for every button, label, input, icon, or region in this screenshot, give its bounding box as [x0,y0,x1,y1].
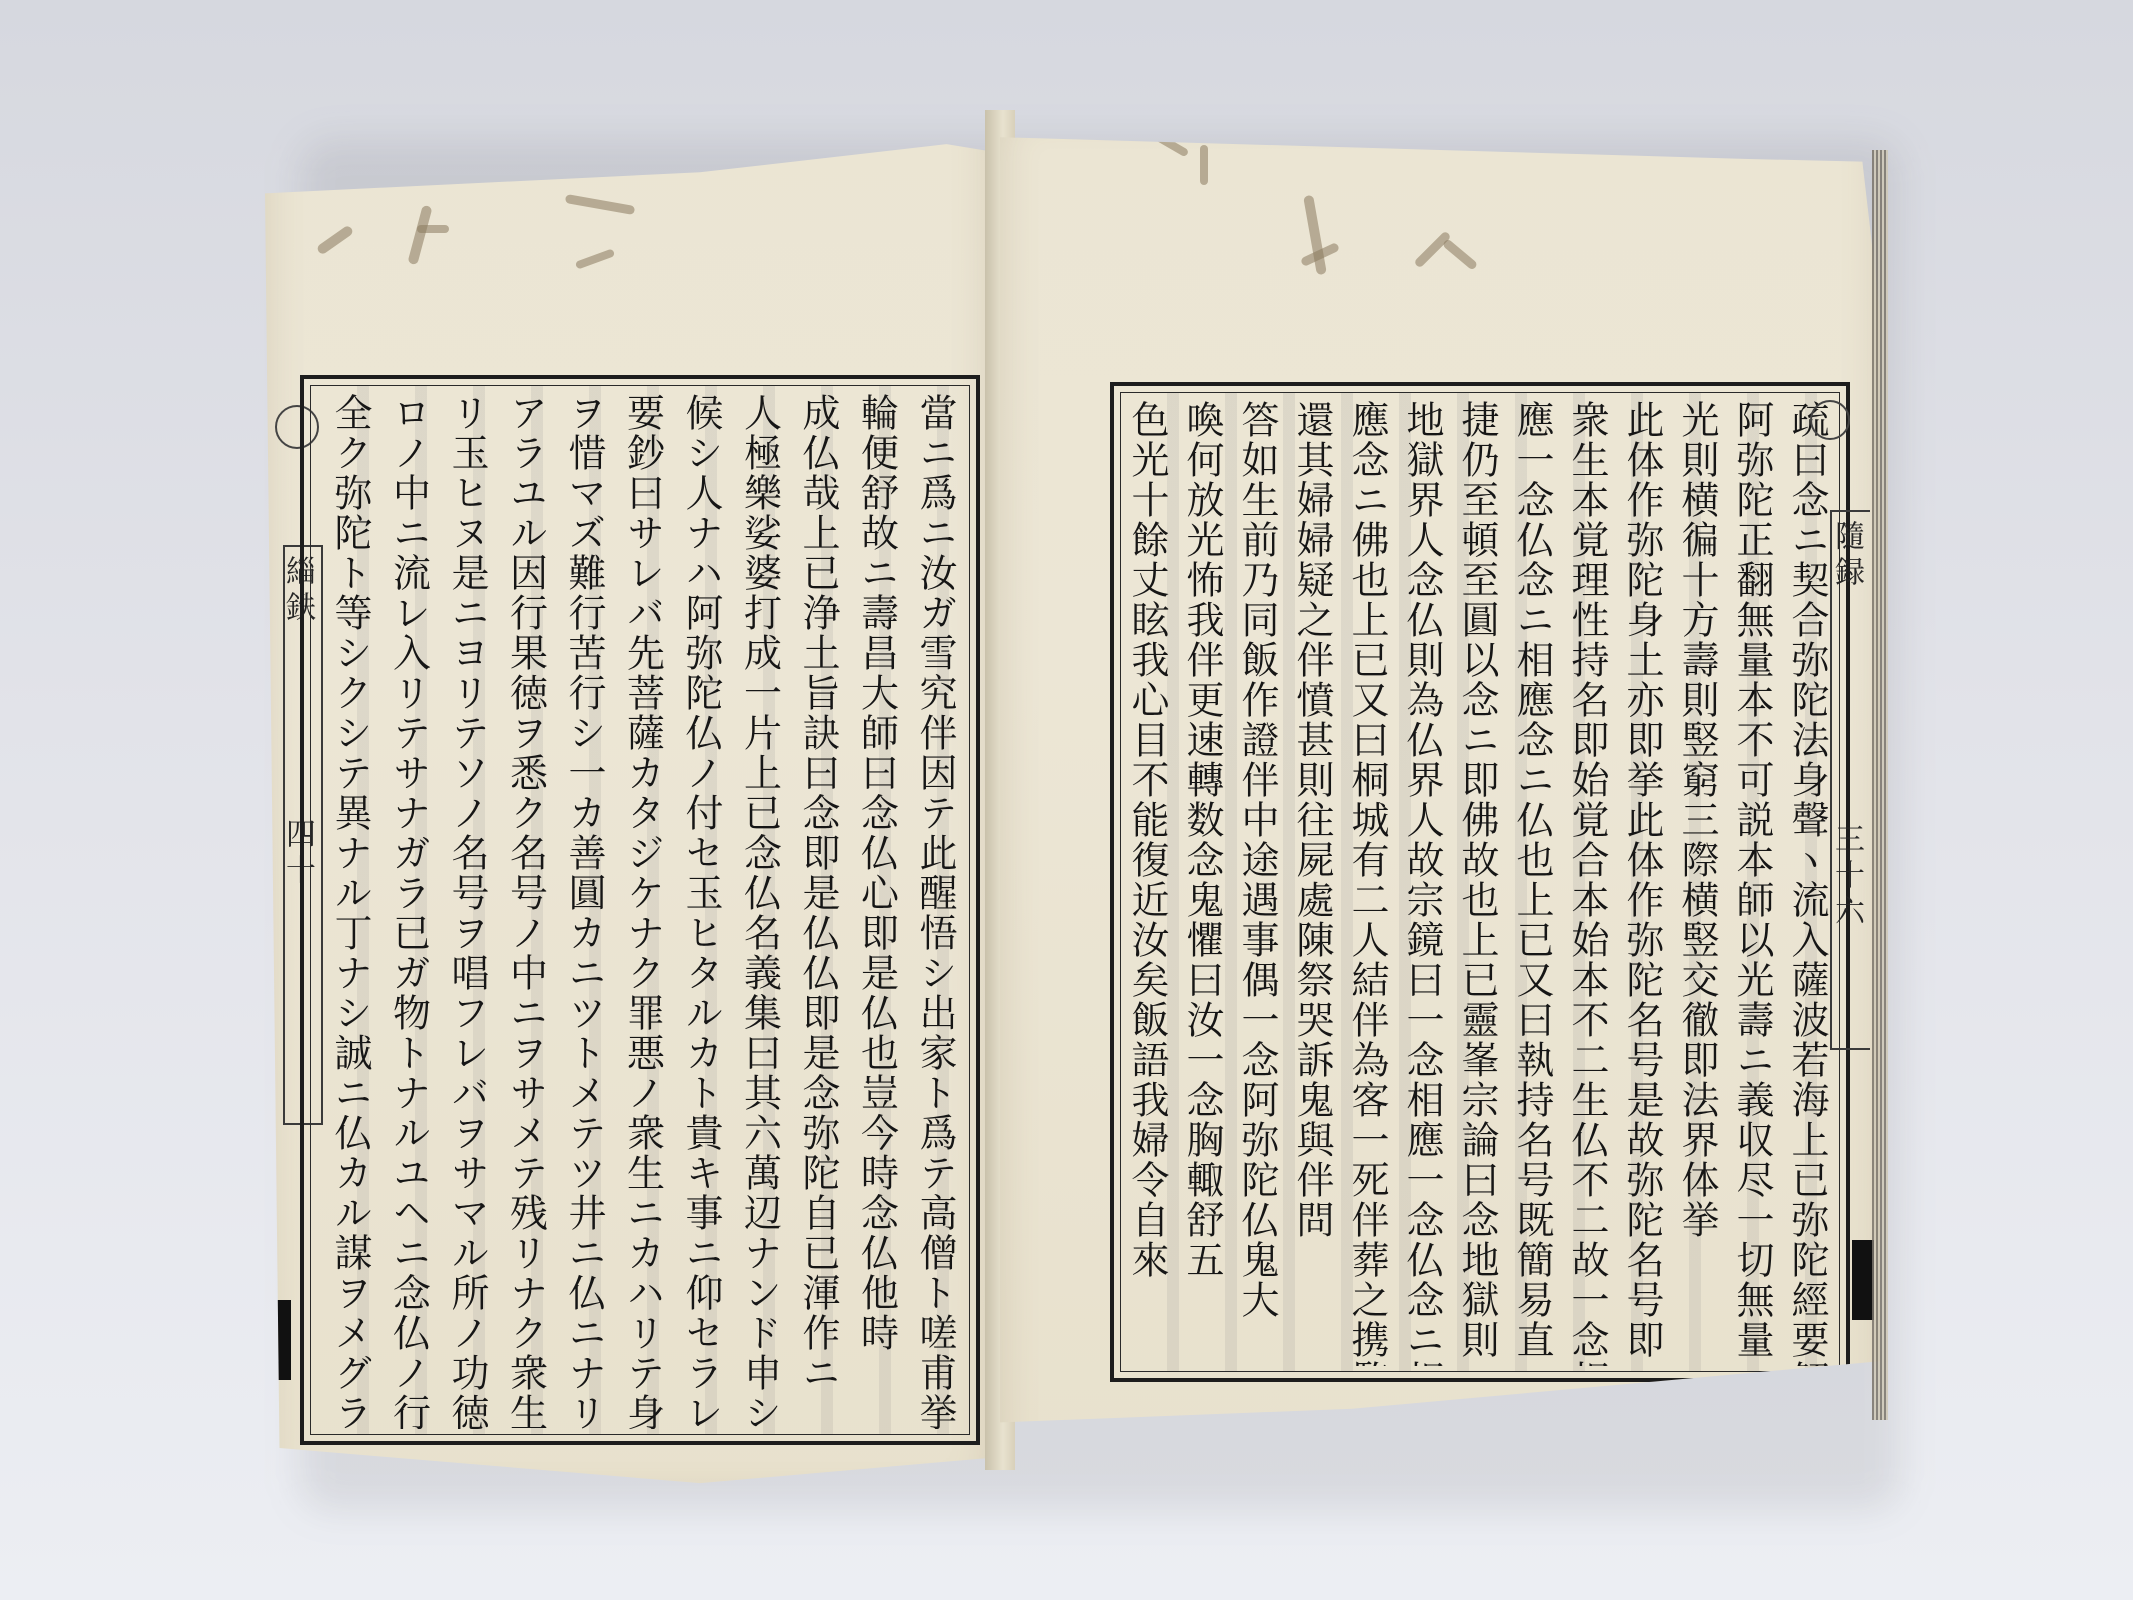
wormhole-damage [1200,145,1208,185]
left-page: 緇鉄 四十 當ニ爲ニ汝ガ雪究伴因テ此醒悟シ出家ト爲テ高僧ト嗟甫挙ニ一念光 輪便舒… [265,95,990,1500]
wormhole-damage [316,224,355,255]
text-column: 候シ人ナハ阿弥陀仏ノ付セ玉ヒタルカト貴キ事ニ仰セラレ候上已西 [672,393,731,1429]
text-column: 喚何放光怖我伴更速轉数念鬼懼曰汝一念胸輙舒五 [1174,400,1229,1366]
text-column: 捷仍至頓至圓以念ニ即佛故也上已靈峯宗論曰念地獄則 [1449,400,1504,1366]
binding-hole [1810,400,1850,440]
text-column: 衆生本覚理性持名即始覚合本始本不二生仏不二故一念相 [1559,400,1614,1366]
right-page: 疏曰念ニ契合弥陀法身聲ヽ流入薩波若海上已弥陀經要解曰 阿弥陀正翻無量本不可説本師… [1000,110,1880,1470]
text-column: 此体作弥陀身土亦即挙此体作弥陀名号是故弥陀名号即 [1614,400,1669,1366]
text-column: 阿弥陀正翻無量本不可説本師以光壽ニ義収尽一切無量 [1724,400,1779,1366]
page-stack-edge [1872,150,1888,1420]
text-column: 色光十餘丈眩我心目不能復近汝矣飯語我婦令自來 [1126,400,1174,1366]
text-column: 當ニ爲ニ汝ガ雪究伴因テ此醒悟シ出家ト爲テ高僧ト嗟甫挙ニ一念光 [906,393,965,1429]
left-page-text: 當ニ爲ニ汝ガ雪究伴因テ此醒悟シ出家ト爲テ高僧ト嗟甫挙ニ一念光 輪便舒故ニ壽昌大師… [316,393,964,1429]
wormhole-damage [575,248,615,269]
text-column: 應一念仏念ニ相應念ニ仏也上已又曰執持名号既簡易直 [1504,400,1559,1366]
text-column: ヲ惜マズ難行苦行シ一カ善圓カニツトメテツ井ニ仏ニナリ玉ヒシ後 [555,393,614,1429]
text-column: リ玉ヒヌ是ニヨリテソノ名号ヲ唱フレバヲサマル所ノ功徳ミナ衆生ノ [438,393,497,1429]
text-column: 光則横徧十方壽則竪窮三際横竪交徹即法界体挙 [1669,400,1724,1366]
text-column: ロノ中ニ流レ入リテサナガラ已ガ物トナルユヘニ念仏ノ行者ノ功徳ハ [379,393,438,1429]
wormhole-damage [1442,238,1478,271]
wormhole-damage [407,205,432,266]
right-page-margin-label: 隨録 三十六 [1830,510,1870,1050]
text-column: 地獄界人念仏則為仏界人故宗鏡曰一念相應一念仏念ニ相 [1394,400,1449,1366]
margin-black-tab [275,1300,291,1380]
text-column: 應念ニ佛也上已又曰桐城有二人結伴為客一死伴葬之携覧 [1339,400,1394,1366]
text-column: 全ク弥陀ト等シクシテ異ナル丁ナシ誠ニ仏カル謀ヲメグラシ玉ハ [321,393,380,1429]
text-column: 答如生前乃同飯作證伴中途遇事偶一念阿弥陀仏鬼大 [1229,400,1284,1366]
wormhole-damage [1151,131,1190,158]
wormhole-damage [565,194,635,215]
text-column: 還其婦婦疑之伴憤甚則往屍處陳祭哭訴鬼與伴問 [1284,400,1339,1366]
right-page-text: 疏曰念ニ契合弥陀法身聲ヽ流入薩波若海上已弥陀經要解曰 阿弥陀正翻無量本不可説本師… [1126,400,1834,1366]
text-column: 成仏哉上已浄土旨訣曰念即是仏仏即是念弥陀自已渾作ニ [789,393,848,1429]
right-text-frame: 疏曰念ニ契合弥陀法身聲ヽ流入薩波若海上已弥陀經要解曰 阿弥陀正翻無量本不可説本師… [1110,382,1850,1382]
margin-black-tab [1852,1240,1874,1320]
text-column: 人極樂娑婆打成一片上已念仏名義集曰其六萬辺ナンド申シ [730,393,789,1429]
wormhole-damage [1413,230,1451,268]
text-column: 輪便舒故ニ壽昌大師曰念仏心即是仏也豈今時念仏他時 [847,393,906,1429]
margin-title: 隨録 [1829,520,1864,592]
text-column: ズハイカデカヲロカナル我等タヤスク大善ヲ得ンヤ上已雪玉集ニ [316,393,321,1429]
left-text-frame: 當ニ爲ニ汝ガ雪究伴因テ此醒悟シ出家ト爲テ高僧ト嗟甫挙ニ一念光 輪便舒故ニ壽昌大師… [300,375,980,1445]
margin-page-number: 三十六 [1829,823,1864,931]
text-column: 要鈔曰サレバ先菩薩カタジケナク罪悪ノ衆生ニカハリテ身命 [613,393,672,1429]
wormhole-damage [417,225,449,233]
text-column: アラユル因行果徳ヲ悉ク名号ノ中ニヲサメテ残リナク衆生ニユヅ [496,393,555,1429]
